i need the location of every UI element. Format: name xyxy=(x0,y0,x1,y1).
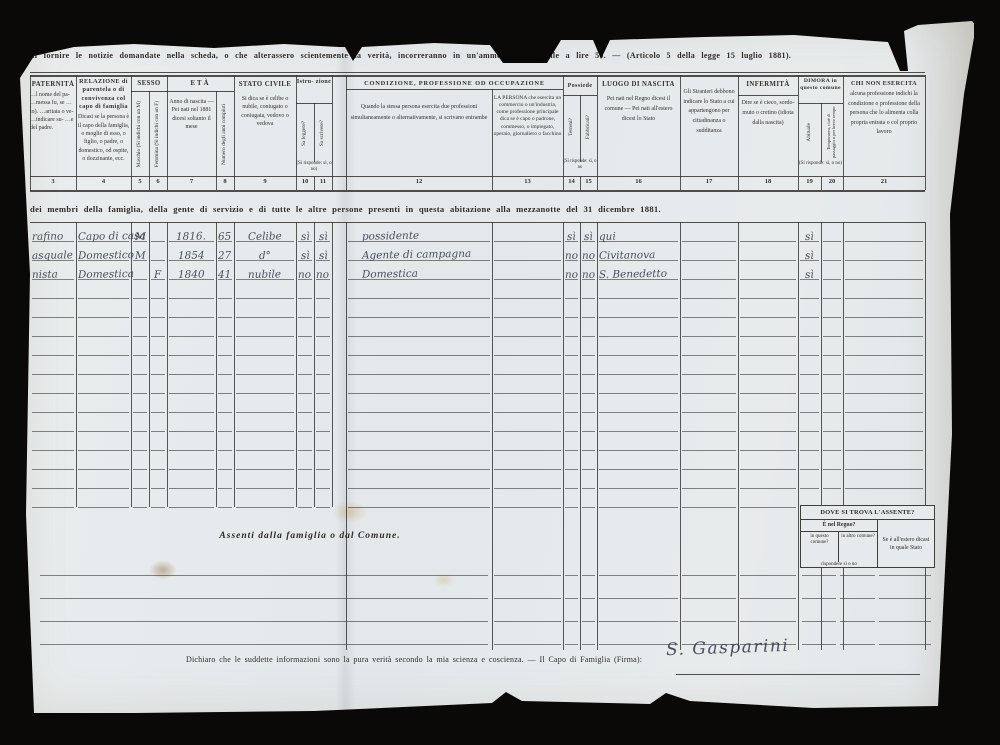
table-cell xyxy=(218,450,232,470)
table-cell xyxy=(316,317,330,337)
table-cell xyxy=(494,317,561,337)
table-cell: no xyxy=(565,260,578,280)
column-number: 11 xyxy=(308,178,338,185)
table-cell xyxy=(348,469,490,489)
table-cell xyxy=(316,298,330,318)
col-anni-compiuti-header: Numero degli anni compiuti xyxy=(216,94,234,174)
table-cell xyxy=(823,241,841,261)
table-cell: 1840 xyxy=(169,260,214,280)
table-cell xyxy=(218,393,232,413)
table-cell xyxy=(78,450,129,470)
column-number: 7 xyxy=(177,178,207,185)
table-cell xyxy=(682,279,736,299)
rule-line xyxy=(676,674,920,675)
table-cell xyxy=(845,298,923,318)
table-cell xyxy=(133,336,147,356)
table-cell xyxy=(78,317,129,337)
table-cell xyxy=(169,279,214,299)
table-cell xyxy=(599,488,678,508)
table-cell xyxy=(840,621,875,645)
table-cell xyxy=(40,575,488,599)
rule-line xyxy=(843,75,844,190)
table-cell xyxy=(682,431,736,451)
absent-box-note: rispondere sì o no xyxy=(801,562,877,568)
table-cell xyxy=(582,552,595,576)
table-cell xyxy=(218,488,232,508)
table-cell xyxy=(740,279,796,299)
table-cell xyxy=(565,488,578,508)
table-cell xyxy=(599,552,678,576)
table-cell xyxy=(682,598,736,622)
table-row xyxy=(14,412,974,431)
chi-non-esercita-title: CHI NON ESERCITA xyxy=(844,80,924,88)
table-cell xyxy=(40,621,488,645)
table-cell xyxy=(494,488,561,508)
abituale-label: Abituale xyxy=(807,123,813,142)
table-cell xyxy=(169,298,214,318)
table-cell xyxy=(151,336,165,356)
table-cell xyxy=(823,450,841,470)
table-cell xyxy=(682,336,736,356)
table-cell: sì xyxy=(565,222,578,242)
column-number: 18 xyxy=(753,178,783,185)
table-cell xyxy=(32,431,74,451)
table-cell xyxy=(582,279,595,299)
table-cell xyxy=(494,298,561,318)
rule-line xyxy=(131,75,132,190)
table-cell xyxy=(740,488,796,508)
table-cell xyxy=(32,374,74,394)
table-cell: nista xyxy=(32,260,74,280)
table-cell xyxy=(494,260,561,280)
table-cell xyxy=(316,431,330,451)
table-cell xyxy=(823,393,841,413)
rule-line xyxy=(167,75,168,190)
table-cell: Domestica xyxy=(78,260,129,280)
table-cell xyxy=(565,621,578,645)
table-cell xyxy=(316,412,330,432)
table-cell xyxy=(298,374,312,394)
table-cell xyxy=(599,598,678,622)
column-number: 9 xyxy=(250,178,280,185)
table-cell xyxy=(316,355,330,375)
table-cell xyxy=(682,260,736,280)
table-cell xyxy=(740,355,796,375)
table-cell xyxy=(823,431,841,451)
rule-line xyxy=(216,91,217,190)
table-cell xyxy=(151,469,165,489)
table-cell xyxy=(133,488,147,508)
table-cell xyxy=(582,598,595,622)
table-cell xyxy=(565,431,578,451)
column-number: 4 xyxy=(89,178,119,185)
table-cell xyxy=(494,450,561,470)
table-cell xyxy=(151,279,165,299)
absent-box-regno-label: È nel Regno? xyxy=(801,520,877,532)
table-cell xyxy=(133,469,147,489)
table-cell xyxy=(682,488,736,508)
rule-line xyxy=(346,75,347,190)
rule-line xyxy=(738,95,798,96)
col-infermita-header: INFERMITÀ Dire se è cieco, sordo-muto o … xyxy=(739,80,797,128)
group-sesso-title: SESSO xyxy=(131,79,167,88)
absent-box-title: DOVE SI TROVA L'ASSENTE? xyxy=(801,506,934,520)
rule-line xyxy=(314,103,315,162)
rule-line xyxy=(346,89,563,90)
femmina-label: Femmina (Si indichi con un F) xyxy=(155,101,161,167)
table-cell xyxy=(840,598,875,622)
table-cell xyxy=(682,450,736,470)
column-number: 3 xyxy=(38,178,68,185)
table-cell xyxy=(494,279,561,299)
table-cell xyxy=(218,431,232,451)
table-cell xyxy=(740,598,796,622)
table-cell xyxy=(298,298,312,318)
rule-line xyxy=(30,75,31,190)
table-cell xyxy=(800,355,819,375)
declaration-text: Dichiaro che le suddette informazioni so… xyxy=(186,655,686,664)
terreni-label: Terreni? xyxy=(569,118,575,136)
istruzione-note: (Si risponde: sì, o no) xyxy=(296,161,332,174)
table-cell xyxy=(298,469,312,489)
table-cell xyxy=(298,431,312,451)
table-cell xyxy=(565,552,578,576)
table-cell xyxy=(582,450,595,470)
table-cell xyxy=(78,336,129,356)
table-cell xyxy=(236,393,294,413)
table-cell xyxy=(494,575,561,599)
column-number: 16 xyxy=(624,178,654,185)
table-cell xyxy=(845,222,923,242)
table-cell xyxy=(800,431,819,451)
col-paternita-desc: …l nome del pa- …messa fu, se …to). …ari… xyxy=(30,91,76,132)
table-cell xyxy=(316,450,330,470)
table-cell xyxy=(133,298,147,318)
stato-civile-title: STATO CIVILE xyxy=(235,80,295,89)
istruzione-title-text: Istru- zione xyxy=(296,78,332,86)
rule-line xyxy=(738,75,739,190)
table-cell xyxy=(800,450,819,470)
table-cell xyxy=(169,355,214,375)
table-cell: Celibe xyxy=(236,222,294,242)
table-cell xyxy=(169,336,214,356)
table-cell xyxy=(565,412,578,432)
table-cell xyxy=(740,469,796,489)
table-cell xyxy=(133,450,147,470)
table-cell xyxy=(582,575,595,599)
table-cell: sì xyxy=(800,222,819,242)
table-row xyxy=(14,393,974,412)
table-row xyxy=(14,431,974,450)
table-cell xyxy=(169,431,214,451)
table-cell xyxy=(218,412,232,432)
table-cell xyxy=(845,450,923,470)
table-cell xyxy=(582,488,595,508)
table-cell xyxy=(494,355,561,375)
table-cell xyxy=(565,374,578,394)
table-cell: Capo di casa xyxy=(78,222,129,242)
table-cell xyxy=(800,374,819,394)
table-cell xyxy=(218,279,232,299)
table-cell xyxy=(582,469,595,489)
rule-line xyxy=(76,75,77,190)
table-cell: sì xyxy=(298,241,312,261)
table-cell xyxy=(298,450,312,470)
table-cell xyxy=(682,469,736,489)
temporanea-label: Temporanea, cioè di passaggio o per brev… xyxy=(827,106,837,158)
table-cell xyxy=(840,575,875,599)
table-cell xyxy=(800,336,819,356)
table-cell xyxy=(236,279,294,299)
table-cell xyxy=(218,469,232,489)
table-row xyxy=(14,374,974,393)
table-cell: possidente xyxy=(348,222,490,242)
table-cell: no xyxy=(316,260,330,280)
table-cell xyxy=(565,469,578,489)
table-cell xyxy=(32,393,74,413)
table-cell xyxy=(582,621,595,645)
table-cell xyxy=(348,298,490,318)
table-cell xyxy=(236,488,294,508)
table-cell: M xyxy=(133,241,147,261)
table-row xyxy=(14,317,974,336)
table-cell xyxy=(845,374,923,394)
table-cell xyxy=(316,393,330,413)
table-cell xyxy=(133,355,147,375)
table-cell xyxy=(316,336,330,356)
table-cell xyxy=(348,336,490,356)
table-row: nistaDomesticaF184041nubilenonoDomestica… xyxy=(14,260,974,279)
table-cell xyxy=(802,598,836,622)
table-cell xyxy=(845,336,923,356)
rule-line xyxy=(332,75,333,190)
column-number: 21 xyxy=(869,178,899,185)
table-cell: sì xyxy=(582,222,595,242)
table-cell xyxy=(582,317,595,337)
table-cell xyxy=(494,412,561,432)
table-cell xyxy=(169,488,214,508)
table-cell xyxy=(218,317,232,337)
table-cell xyxy=(133,393,147,413)
column-number: 12 xyxy=(404,178,434,185)
table-cell xyxy=(151,488,165,508)
table-cell xyxy=(169,374,214,394)
table-cell xyxy=(823,469,841,489)
table-cell: nubile xyxy=(236,260,294,280)
infermita-desc: Dire se è cieco, sordo-muto o cretino (i… xyxy=(739,98,797,128)
col-anno-nascita-header: Anno di nascita — Pei nati nel 1881 dice… xyxy=(167,96,216,131)
table-cell xyxy=(316,469,330,489)
table-cell xyxy=(565,598,578,622)
absent-box-regno-section: È nel Regno? in questo comune? in altro … xyxy=(801,520,878,568)
absent-box-q1: in questo comune? xyxy=(801,532,839,562)
rule-line xyxy=(234,75,235,190)
rule-line xyxy=(296,75,297,190)
table-cell: sì xyxy=(316,241,330,261)
table-cell xyxy=(494,241,561,261)
table-cell xyxy=(298,355,312,375)
rule-line xyxy=(798,75,799,190)
table-cell xyxy=(494,431,561,451)
table-cell xyxy=(151,241,165,261)
table-cell xyxy=(218,374,232,394)
table-cell xyxy=(879,598,931,622)
table-cell xyxy=(800,279,819,299)
table-cell xyxy=(565,317,578,337)
col-temporanea-header: Temporanea, cioè di passaggio o per brev… xyxy=(821,106,843,158)
col-professioni-header: Quando la stessa persona esercita due pr… xyxy=(350,100,488,124)
table-cell xyxy=(599,450,678,470)
table-cell: Domestico xyxy=(78,241,129,261)
table-cell xyxy=(682,412,736,432)
table-cell xyxy=(740,393,796,413)
table-cell xyxy=(682,241,736,261)
table-cell xyxy=(236,317,294,337)
table-cell xyxy=(845,393,923,413)
table-cell xyxy=(740,317,796,337)
table-cell xyxy=(298,279,312,299)
table-cell xyxy=(298,393,312,413)
table-cell: sì xyxy=(298,222,312,242)
group-eta-title: ETÀ xyxy=(167,79,234,88)
table-cell: Civitanova xyxy=(599,241,678,261)
table-cell xyxy=(823,260,841,280)
table-cell: qui xyxy=(599,222,678,242)
col-relazione-title: RELAZIONE di parentela o di convivenza c… xyxy=(77,78,130,111)
table-cell: no xyxy=(582,260,595,280)
table-cell xyxy=(823,317,841,337)
table-cell xyxy=(133,374,147,394)
table-cell xyxy=(218,355,232,375)
table-row: rafinoCapo di casaM1816.65Celibesìsìposs… xyxy=(14,222,974,241)
group-condizione-title: CONDIZIONE, PROFESSIONE OD OCCUPAZIONE xyxy=(346,80,563,89)
table-cell xyxy=(133,412,147,432)
table-cell: sì xyxy=(800,241,819,261)
maschio-label: Maschio (Si indichi con un M) xyxy=(137,101,143,167)
table-cell xyxy=(78,374,129,394)
table-cell xyxy=(682,355,736,375)
table-cell xyxy=(599,298,678,318)
col-relazione-desc: Dicasi se la persona è il capo della fam… xyxy=(77,113,130,163)
rule-line xyxy=(30,72,925,73)
table-cell xyxy=(151,317,165,337)
table-cell xyxy=(298,317,312,337)
table-cell: 41 xyxy=(218,260,232,280)
col-luogo-nascita-header: LUOGO DI NASCITA Pei nati nel Regno dice… xyxy=(598,80,679,124)
col-maschio-header: Maschio (Si indichi con un M) xyxy=(131,94,149,174)
table-cell xyxy=(316,279,330,299)
table-cell xyxy=(218,336,232,356)
table-cell xyxy=(740,260,796,280)
table-cell xyxy=(78,412,129,432)
table-cell xyxy=(151,222,165,242)
table-cell xyxy=(845,355,923,375)
table-cell xyxy=(133,260,147,280)
condizione-title-text: CONDIZIONE, PROFESSIONE OD OCCUPAZIONE xyxy=(346,80,563,89)
rule-line xyxy=(149,91,150,190)
absent-section-label: Assenti dalla famiglia o dal Comune. xyxy=(190,531,430,541)
table-cell xyxy=(800,317,819,337)
table-cell xyxy=(599,355,678,375)
table-row: asqualeDomesticoM185427d°sìsìAgente di c… xyxy=(14,241,974,260)
rule-line xyxy=(680,75,681,190)
table-cell xyxy=(845,431,923,451)
table-cell xyxy=(169,393,214,413)
table-cell: Agente di campagna xyxy=(348,241,490,261)
table-cell xyxy=(151,393,165,413)
table-cell xyxy=(740,552,796,576)
table-cell xyxy=(845,241,923,261)
table-cell xyxy=(40,598,488,622)
table-cell xyxy=(151,355,165,375)
table-cell xyxy=(348,393,490,413)
absent-location-box: DOVE SI TROVA L'ASSENTE? È nel Regno? in… xyxy=(800,505,935,568)
rule-line xyxy=(563,75,564,190)
table-row xyxy=(14,355,974,374)
table-cell xyxy=(599,374,678,394)
fabbricati-label: Fabbricati? xyxy=(586,115,592,139)
table-cell xyxy=(845,279,923,299)
rule-line xyxy=(925,75,926,190)
sesso-title-text: SESSO xyxy=(131,79,167,88)
table-cell: Domestica xyxy=(348,260,490,280)
table-cell xyxy=(599,412,678,432)
table-cell xyxy=(599,279,678,299)
luogo-nascita-desc: Pei nati nel Regno dicesi il comune — Pe… xyxy=(598,94,679,124)
table-cell xyxy=(32,279,74,299)
legal-admonition-text: di fornire le notizie domandate nella sc… xyxy=(30,51,890,60)
table-cell xyxy=(740,298,796,318)
table-cell xyxy=(236,336,294,356)
table-cell xyxy=(582,355,595,375)
table-cell xyxy=(151,450,165,470)
anno-nascita-desc: Anno di nascita — Pei nati nel 1881 dice… xyxy=(167,98,216,131)
table-cell xyxy=(316,488,330,508)
table-cell xyxy=(32,450,74,470)
table-cell xyxy=(32,336,74,356)
table-cell xyxy=(565,450,578,470)
table-cell xyxy=(78,279,129,299)
table-cell: no xyxy=(582,241,595,261)
absent-box-estero: Se è all'estero dicasi in quale Stato xyxy=(878,520,934,568)
col-abituale-header: Abituale xyxy=(798,106,821,158)
table-cell xyxy=(582,298,595,318)
table-cell xyxy=(740,336,796,356)
table-cell xyxy=(802,575,836,599)
col-sa-leggere-header: Sa leggere? xyxy=(296,106,314,160)
table-cell xyxy=(494,374,561,394)
table-cell: F xyxy=(151,260,165,280)
column-number: 15 xyxy=(574,178,604,185)
table-cell xyxy=(169,412,214,432)
table-cell xyxy=(40,552,488,576)
table-cell xyxy=(802,621,836,645)
absent-table-row xyxy=(14,621,974,644)
rule-line xyxy=(821,103,822,162)
table-cell xyxy=(133,317,147,337)
table-cell xyxy=(565,336,578,356)
table-cell xyxy=(599,393,678,413)
column-number: 6 xyxy=(143,178,173,185)
table-row xyxy=(14,336,974,355)
table-cell xyxy=(236,450,294,470)
table-cell xyxy=(800,298,819,318)
column-number: 13 xyxy=(513,178,543,185)
table-cell xyxy=(494,598,561,622)
possiede-title-text: Possiede xyxy=(563,82,597,90)
table-cell xyxy=(348,488,490,508)
table-cell xyxy=(823,298,841,318)
